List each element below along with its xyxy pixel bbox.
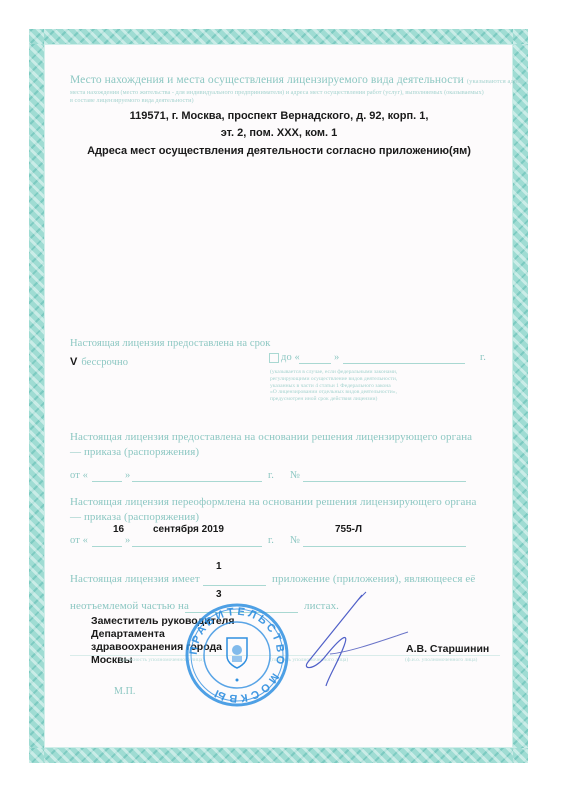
sheet-count: 3: [216, 589, 222, 600]
location-note-line3: в составе лицензируемого вида деятельнос…: [70, 97, 194, 104]
term-until-note-line: предусмотрен иной срок действия лицензии…: [270, 396, 430, 403]
term-until-date-line: [343, 363, 465, 364]
term-until-note-line: (указывается в случае, если федеральными…: [270, 369, 430, 376]
address-line-2: эт. 2, пом. XXX, ком. 1: [46, 127, 512, 139]
term-until-note: (указывается в случае, если федеральными…: [270, 369, 430, 403]
reissued-number-line: [303, 546, 466, 547]
reissued-day: 16: [113, 524, 124, 535]
appendix-line1-prefix: Настоящая лицензия имеет: [70, 573, 200, 585]
official-stamp: ПРАВИТЕЛЬСТВО МОСКВЫ: [185, 600, 289, 710]
reissued-day-line: [92, 546, 122, 547]
granted-number-label: №: [290, 470, 300, 481]
granted-date-mid: »: [125, 470, 130, 481]
granted-day-line: [92, 481, 122, 482]
term-until-mid: »: [334, 352, 339, 363]
granted-line-1: Настоящая лицензия предоставлена на осно…: [70, 431, 472, 443]
reissued-date-mid: »: [125, 535, 130, 546]
reissued-year-suffix: г.: [268, 535, 274, 546]
appendix-line1-suffix: приложение (приложения), являющееся её: [272, 573, 475, 585]
granted-date-line: [132, 481, 262, 482]
location-heading: Место нахождения и места осуществления л…: [70, 74, 523, 86]
location-heading-note: (указываются адрес: [467, 78, 524, 85]
location-heading-text: Место нахождения и места осуществления л…: [70, 74, 464, 86]
handwritten-signature: [300, 590, 420, 690]
term-until-note-line: указанных в части 4 статьи 1 Федеральног…: [270, 383, 430, 390]
term-until-note-line: регулирующими осуществление видов деятел…: [270, 376, 430, 383]
appendix-count: 1: [216, 561, 222, 572]
granted-year-suffix: г.: [268, 470, 274, 481]
appendix-line2-prefix: неотъемлемой частью на: [70, 600, 189, 612]
term-indefinite-option[interactable]: V бессрочно: [70, 352, 128, 370]
address-line-1: 119571, г. Москва, проспект Вернадского,…: [46, 110, 512, 122]
term-until-checkbox[interactable]: [269, 353, 279, 363]
addresses-note: Адреса мест осуществления деятельности с…: [46, 145, 512, 157]
term-until-suffix: г.: [480, 352, 486, 363]
location-note-line2: места нахождения (место жительства - для…: [70, 89, 515, 96]
reissued-date-prefix: от «: [70, 535, 88, 546]
reissued-month-year: сентября 2019: [153, 524, 224, 535]
reissued-number-label: №: [290, 535, 300, 546]
seal-label: М.П.: [114, 686, 136, 697]
granted-line-2: — приказа (распоряжения): [70, 446, 199, 458]
reissued-date-line: [132, 546, 262, 547]
term-until-prefix: до «: [281, 352, 300, 363]
check-mark-icon: V: [70, 356, 77, 368]
reissued-line-2: — приказа (распоряжения): [70, 511, 199, 523]
term-label: Настоящая лицензия предоставлена на срок: [70, 338, 271, 349]
granted-date-prefix: от «: [70, 470, 88, 481]
granted-number-line: [303, 481, 466, 482]
term-until-day-line: [299, 363, 331, 364]
reissued-number: 755-Л: [335, 524, 362, 535]
appendix-count-line: [203, 585, 266, 586]
term-indefinite-label: бессрочно: [81, 357, 128, 368]
reissued-line-1: Настоящая лицензия переоформлена на осно…: [70, 496, 476, 508]
